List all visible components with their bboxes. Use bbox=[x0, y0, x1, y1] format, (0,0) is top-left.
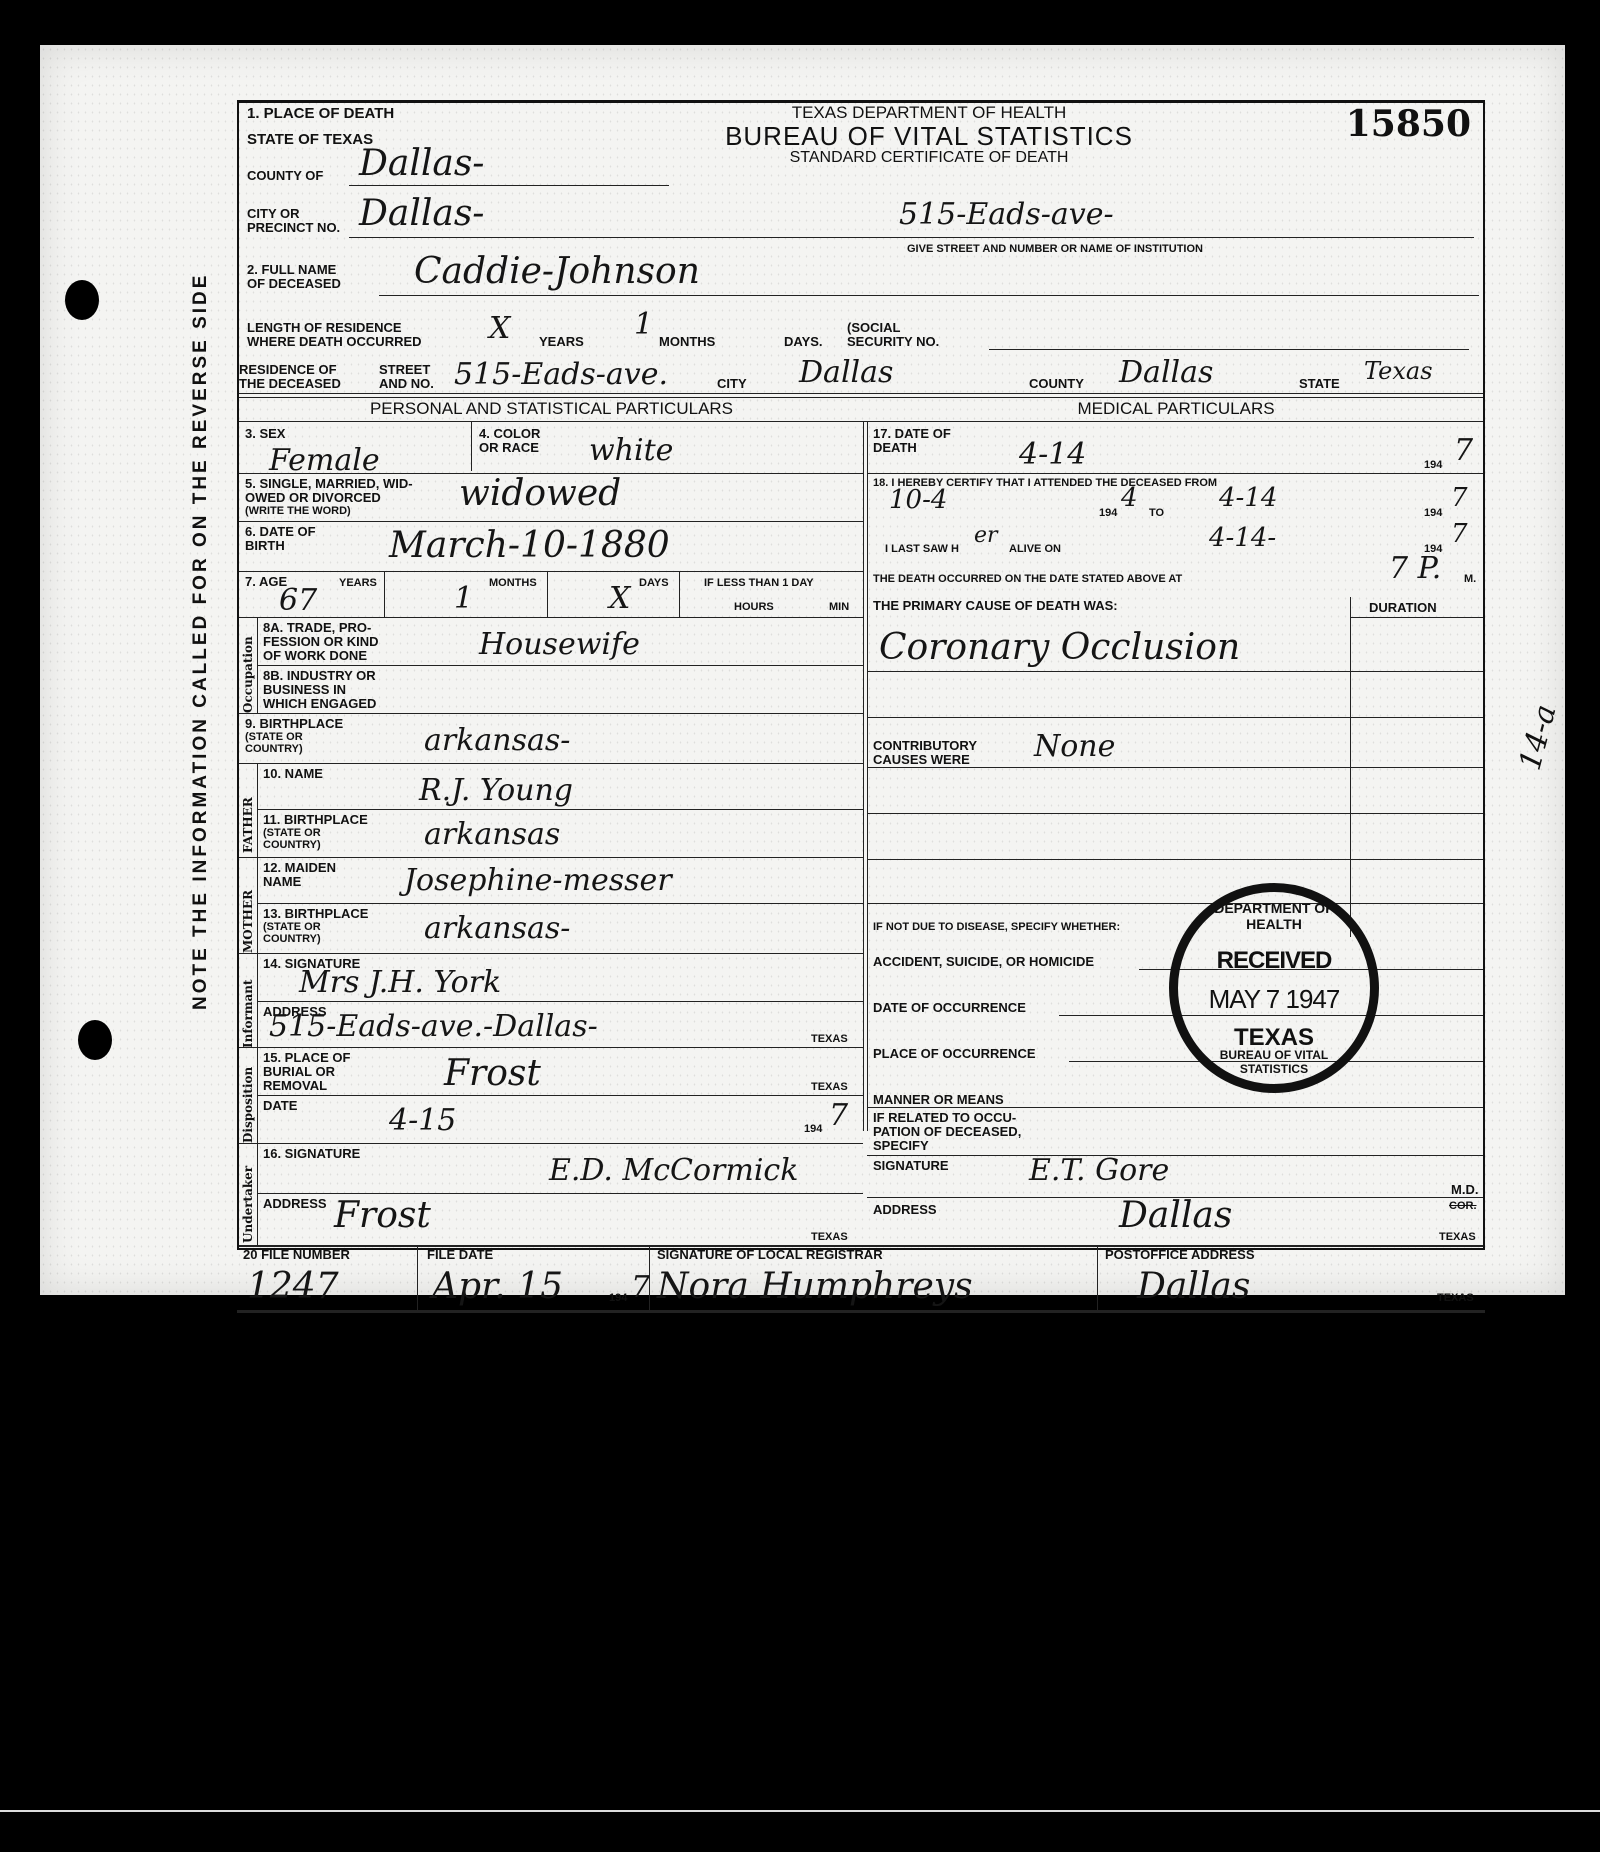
marital-label-2: OWED OR DIVORCED bbox=[245, 491, 381, 505]
mother-tab: MOTHER bbox=[241, 890, 255, 953]
residence-years: X bbox=[489, 311, 510, 346]
divider bbox=[257, 1095, 863, 1096]
burial-date: 4-15 bbox=[389, 1103, 456, 1138]
received-stamp: DEPARTMENT OF HEALTH RECEIVED MAY 7 1947… bbox=[1169, 883, 1379, 1093]
burial-year-prefix: 194 bbox=[804, 1123, 822, 1135]
industry-label-3: WHICH ENGAGED bbox=[263, 697, 376, 711]
time-label: THE DEATH OCCURRED ON THE DATE STATED AB… bbox=[873, 573, 1182, 585]
min-label: MIN bbox=[829, 601, 849, 613]
state-of-texas-label: STATE OF TEXAS bbox=[247, 133, 373, 147]
filing-section: 20 FILE NUMBER 1247 FILE DATE Apr. 15 19… bbox=[237, 1142, 1485, 1250]
death-year-prefix: 194 bbox=[1424, 459, 1442, 471]
divider bbox=[239, 713, 863, 714]
name-label-1: 2. FULL NAME bbox=[247, 263, 336, 277]
city-underline bbox=[349, 237, 1474, 238]
stamp-received: RECEIVED bbox=[1178, 947, 1370, 975]
father-birthplace: arkansas bbox=[424, 817, 560, 852]
stamp-date: MAY 7 1947 bbox=[1178, 984, 1370, 1015]
age-days: X bbox=[609, 581, 630, 616]
divider bbox=[867, 1107, 1483, 1108]
days-label: DAYS. bbox=[784, 335, 823, 349]
file-number-label: 20 FILE NUMBER bbox=[243, 1248, 350, 1262]
residence-label-2: THE DECEASED bbox=[239, 377, 341, 391]
occupation-related-label-2: PATION OF DECEASED, bbox=[873, 1125, 1021, 1139]
divider bbox=[547, 571, 548, 617]
res-city-label: CITY bbox=[717, 377, 747, 391]
name-label-2: OF DECEASED bbox=[247, 277, 341, 291]
dob-value: March-10-1880 bbox=[389, 525, 670, 566]
birthplace-label-1: 9. BIRTHPLACE bbox=[245, 717, 343, 731]
file-date-label: FILE DATE bbox=[427, 1248, 493, 1262]
last-saw-pronoun: er bbox=[974, 523, 998, 548]
marital-label-1: 5. SINGLE, MARRIED, WID- bbox=[245, 477, 413, 491]
residence-months: 1 bbox=[634, 307, 653, 342]
city-label-1: CITY OR bbox=[247, 207, 300, 221]
ssn-label-2: SECURITY NO. bbox=[847, 335, 939, 349]
age-years: 67 bbox=[279, 583, 317, 618]
death-certificate-form: 1. PLACE OF DEATH STATE OF TEXAS TEXAS D… bbox=[237, 100, 1485, 1250]
attended-to: 4-14 bbox=[1219, 483, 1277, 513]
trade-label-2: FESSION OR KIND bbox=[263, 635, 379, 649]
cause-label: THE PRIMARY CAUSE OF DEATH WAS: bbox=[873, 599, 1118, 613]
death-date-label-2: DEATH bbox=[873, 441, 917, 455]
father-birthplace-label-3: COUNTRY) bbox=[263, 839, 321, 851]
contributory-label-1: CONTRIBUTORY bbox=[873, 739, 977, 753]
attended-from: 10-4 bbox=[889, 485, 947, 515]
res-state-label: STATE bbox=[1299, 377, 1340, 391]
stamp-bottom-ring: BUREAU OF VITAL STATISTICS bbox=[1188, 1048, 1360, 1076]
last-saw-date: 4-14- bbox=[1209, 523, 1276, 553]
county-underline bbox=[349, 185, 669, 186]
mother-birthplace-label-3: COUNTRY) bbox=[263, 933, 321, 945]
scan-line bbox=[0, 1810, 1600, 1812]
divider bbox=[239, 421, 1483, 422]
res-county-label: COUNTY bbox=[1029, 377, 1084, 391]
divider bbox=[417, 1246, 418, 1310]
divider bbox=[867, 903, 1483, 904]
divider bbox=[239, 393, 1483, 394]
residence-label-1: RESIDENCE OF bbox=[239, 363, 337, 377]
column-divider bbox=[867, 421, 868, 1131]
birthplace-label-2: (STATE OR bbox=[245, 731, 303, 743]
age-months: 1 bbox=[454, 581, 473, 616]
disposition-tab: Disposition bbox=[241, 1067, 255, 1143]
death-year: 7 bbox=[1454, 433, 1473, 468]
form-bottom-border bbox=[237, 1310, 1485, 1313]
sex-label: 3. SEX bbox=[245, 427, 285, 441]
last-saw-label-2: ALIVE ON bbox=[1009, 543, 1061, 555]
accident-label: ACCIDENT, SUICIDE, OR HOMICIDE bbox=[873, 955, 1094, 969]
divider bbox=[239, 1047, 863, 1048]
divider bbox=[649, 1246, 650, 1310]
informant-address: 515-Eads-ave.-Dallas- bbox=[269, 1009, 598, 1044]
contributory-causes: None bbox=[1034, 729, 1115, 764]
reverse-side-note: NOTE THE INFORMATION CALLED FOR ON THE R… bbox=[190, 273, 212, 1010]
occurrence-place-label: PLACE OF OCCURRENCE bbox=[873, 1047, 1036, 1061]
residence-street: 515-Eads-ave. bbox=[454, 357, 668, 392]
divider bbox=[257, 903, 863, 904]
divider bbox=[239, 617, 863, 618]
divider bbox=[867, 767, 1483, 768]
time-suffix: M. bbox=[1464, 573, 1476, 585]
divider bbox=[257, 857, 258, 953]
postoffice-address: Dallas bbox=[1137, 1266, 1250, 1307]
postoffice-label: POSTOFFICE ADDRESS bbox=[1105, 1248, 1255, 1262]
race-label-2: OR RACE bbox=[479, 441, 539, 455]
mother-birthplace-label-1: 13. BIRTHPLACE bbox=[263, 907, 368, 921]
file-date: Apr. 15 bbox=[432, 1266, 563, 1307]
registrar-label: SIGNATURE OF LOCAL REGISTRAR bbox=[657, 1248, 883, 1262]
dob-label-1: 6. DATE OF bbox=[245, 525, 316, 539]
mother-birthplace: arkansas- bbox=[424, 911, 570, 946]
father-name-label: 10. NAME bbox=[263, 767, 323, 781]
age-days-label: DAYS bbox=[639, 577, 669, 589]
occupation-tab: Occupation bbox=[241, 636, 255, 713]
industry-label-1: 8B. INDUSTRY OR bbox=[263, 669, 376, 683]
divider bbox=[257, 809, 863, 810]
attended-to-year-prefix: 194 bbox=[1424, 507, 1442, 519]
divider bbox=[257, 953, 258, 1047]
age-months-label: MONTHS bbox=[489, 577, 537, 589]
informant-signature: Mrs J.H. York bbox=[299, 965, 501, 1000]
medical-section-title: MEDICAL PARTICULARS bbox=[869, 399, 1483, 419]
marital-value: widowed bbox=[459, 473, 621, 514]
contributory-label-2: CAUSES WERE bbox=[873, 753, 970, 767]
divider bbox=[239, 857, 863, 858]
divider bbox=[239, 397, 1483, 398]
father-name: R.J. Young bbox=[419, 773, 573, 808]
mother-name-label-1: 12. MAIDEN bbox=[263, 861, 336, 875]
county-value: Dallas- bbox=[359, 143, 484, 184]
burial-texas-label: TEXAS bbox=[811, 1081, 848, 1093]
divider bbox=[1350, 617, 1483, 618]
divider bbox=[867, 473, 1483, 474]
stamp-top-ring: DEPARTMENT OF HEALTH bbox=[1188, 900, 1360, 932]
divider bbox=[239, 521, 863, 522]
residence-length-label-1: LENGTH OF RESIDENCE bbox=[247, 321, 402, 335]
birthplace-value: arkansas- bbox=[424, 723, 570, 758]
county-label: COUNTY OF bbox=[247, 169, 323, 183]
dept-title: TEXAS DEPARTMENT OF HEALTH bbox=[629, 103, 1229, 123]
divider bbox=[1097, 1246, 1098, 1310]
birthplace-label-3: COUNTRY) bbox=[245, 743, 303, 755]
divider bbox=[867, 859, 1483, 860]
file-number: 1247 bbox=[247, 1266, 339, 1307]
name-underline bbox=[379, 295, 1479, 296]
time-of-death: 7 P. bbox=[1389, 551, 1441, 586]
death-date-label-1: 17. DATE OF bbox=[873, 427, 951, 441]
residence-county: Dallas bbox=[1119, 355, 1213, 390]
dob-label-2: BIRTH bbox=[245, 539, 285, 553]
primary-cause: Coronary Occlusion bbox=[879, 627, 1240, 668]
burial-label-1: 15. PLACE OF bbox=[263, 1051, 350, 1065]
burial-place: Frost bbox=[444, 1053, 541, 1094]
industry-label-2: BUSINESS IN bbox=[263, 683, 346, 697]
duration-label: DURATION bbox=[1369, 601, 1437, 615]
divider bbox=[257, 665, 863, 666]
street-hint: GIVE STREET AND NUMBER OR NAME OF INSTIT… bbox=[907, 243, 1203, 255]
divider bbox=[384, 571, 385, 617]
hours-label: HOURS bbox=[734, 601, 774, 613]
death-date: 4-14 bbox=[1019, 437, 1086, 472]
years-label: YEARS bbox=[539, 335, 584, 349]
city-label-2: PRECINCT NO. bbox=[247, 221, 340, 235]
race-value: white bbox=[589, 433, 673, 468]
race-label-1: 4. COLOR bbox=[479, 427, 540, 441]
registrar-signature: Nora Humphreys bbox=[657, 1266, 973, 1307]
father-birthplace-label-2: (STATE OR bbox=[263, 827, 321, 839]
burial-label-3: REMOVAL bbox=[263, 1079, 327, 1093]
ssn-underline bbox=[989, 349, 1469, 350]
form-title: STANDARD CERTIFICATE OF DEATH bbox=[629, 149, 1229, 167]
burial-date-label: DATE bbox=[263, 1099, 297, 1113]
divider bbox=[867, 717, 1483, 718]
months-label: MONTHS bbox=[659, 335, 715, 349]
divider bbox=[679, 571, 680, 617]
mother-name: Josephine-messer bbox=[404, 863, 672, 898]
street-label-2: AND NO. bbox=[379, 377, 434, 391]
manner-label: MANNER OR MEANS bbox=[873, 1093, 1004, 1107]
not-disease-label: IF NOT DUE TO DISEASE, SPECIFY WHETHER: bbox=[873, 921, 1120, 933]
divider bbox=[471, 421, 472, 471]
punch-hole bbox=[65, 280, 99, 320]
attended-from-year: 4 bbox=[1121, 483, 1138, 513]
informant-texas-label: TEXAS bbox=[811, 1033, 848, 1045]
divider bbox=[257, 763, 258, 857]
street-label-1: STREET bbox=[379, 363, 430, 377]
last-saw-label-1: I LAST SAW H bbox=[885, 543, 959, 555]
mother-name-label-2: NAME bbox=[263, 875, 301, 889]
divider bbox=[239, 763, 863, 764]
divider bbox=[239, 953, 863, 954]
burial-year: 7 bbox=[829, 1098, 848, 1133]
city-value: Dallas- bbox=[359, 193, 484, 234]
certificate-number: 15850 bbox=[1346, 103, 1471, 145]
attended-from-year-prefix: 194 bbox=[1099, 507, 1117, 519]
personal-section-title: PERSONAL AND STATISTICAL PARTICULARS bbox=[239, 399, 864, 419]
residence-state: Texas bbox=[1364, 357, 1433, 385]
burial-label-2: BURIAL OR bbox=[263, 1065, 335, 1079]
punch-hole bbox=[78, 1020, 112, 1060]
file-year-prefix: 194 bbox=[609, 1292, 627, 1304]
mother-birthplace-label-2: (STATE OR bbox=[263, 921, 321, 933]
residence-length-label-2: WHERE DEATH OCCURRED bbox=[247, 335, 422, 349]
postoffice-texas-label: TEXAS bbox=[1437, 1292, 1474, 1304]
column-divider bbox=[863, 421, 864, 1131]
father-tab: FATHER bbox=[241, 797, 255, 853]
occurrence-date-label: DATE OF OCCURRENCE bbox=[873, 1001, 1026, 1015]
ssn-label-1: (SOCIAL bbox=[847, 321, 900, 335]
occupation-related-label-1: IF RELATED TO OCCU- bbox=[873, 1111, 1016, 1125]
place-of-death-label: 1. PLACE OF DEATH bbox=[247, 107, 394, 121]
trade-value: Housewife bbox=[479, 627, 640, 662]
trade-label-3: OF WORK DONE bbox=[263, 649, 367, 663]
attended-to-year: 7 bbox=[1451, 483, 1468, 513]
bureau-title: BUREAU OF VITAL STATISTICS bbox=[569, 121, 1289, 152]
divider bbox=[867, 671, 1483, 672]
place-street-value: 515-Eads-ave- bbox=[899, 197, 1114, 232]
divider bbox=[867, 813, 1483, 814]
less-than-day-label: IF LESS THAN 1 DAY bbox=[704, 577, 814, 589]
trade-label-1: 8A. TRADE, PRO- bbox=[263, 621, 371, 635]
last-saw-year: 7 bbox=[1451, 519, 1468, 549]
age-years-label: YEARS bbox=[339, 577, 377, 589]
file-year: 7 bbox=[631, 1270, 650, 1305]
father-birthplace-label-1: 11. BIRTHPLACE bbox=[263, 813, 368, 827]
marital-label-3: (WRITE THE WORD) bbox=[245, 505, 351, 517]
divider bbox=[239, 571, 863, 572]
residence-city: Dallas bbox=[799, 355, 893, 390]
divider bbox=[257, 1001, 863, 1002]
to-label: TO bbox=[1149, 507, 1164, 519]
deceased-name: Caddie-Johnson bbox=[414, 251, 700, 292]
informant-tab: Informant bbox=[241, 979, 255, 1048]
